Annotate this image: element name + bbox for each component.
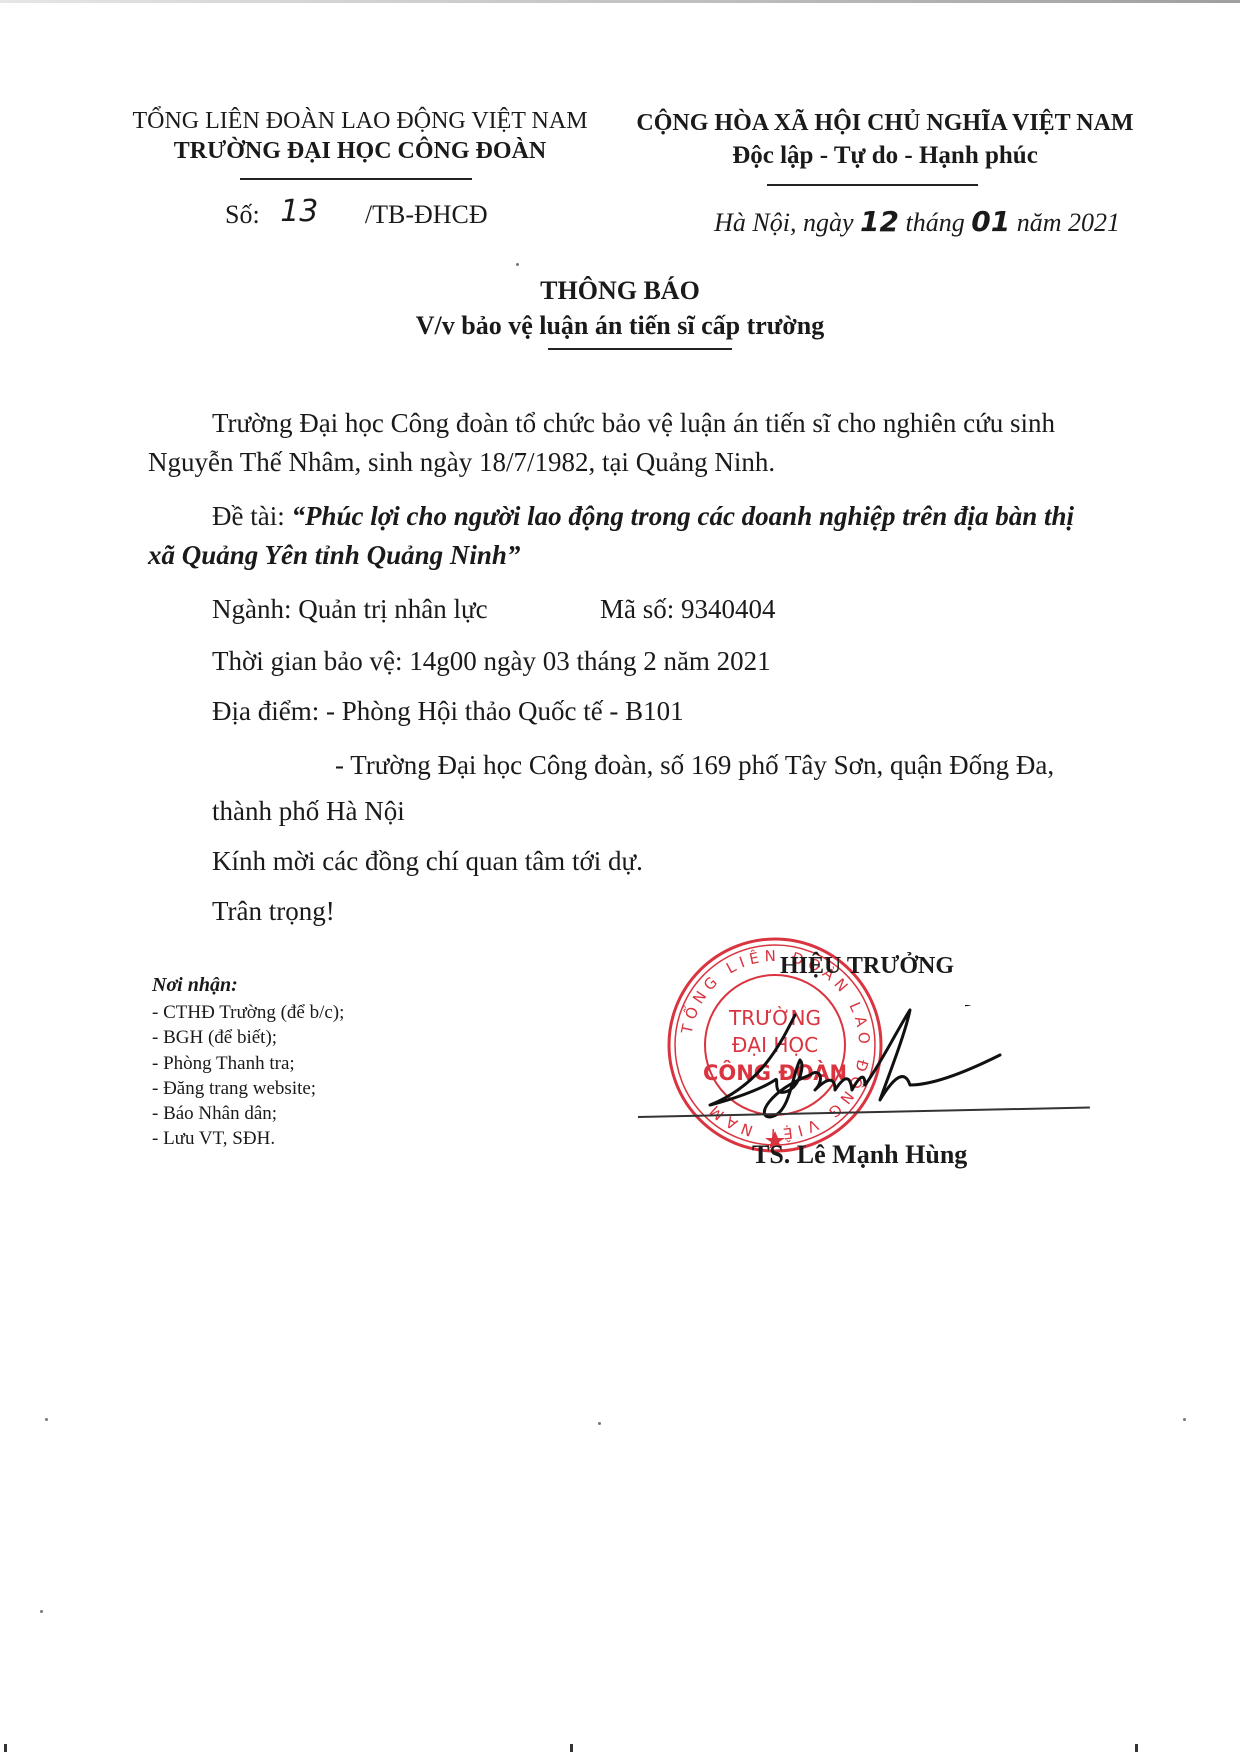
- national-motto: Độc lập - Tự do - Hạnh phúc: [620, 142, 1150, 170]
- closing-text: Trân trọng!: [212, 898, 335, 925]
- doc-number-handwritten: 13: [280, 194, 318, 229]
- date-month-handwritten: 01: [971, 205, 1010, 238]
- org-underline: [240, 178, 472, 180]
- issue-date: Hà Nội, ngày 12 tháng 01 năm 2021: [640, 205, 1120, 238]
- doc-number-label: Số:: [225, 200, 260, 229]
- recipients-list: - CTHĐ Trường (để b/c); - BGH (để biết);…: [152, 1000, 344, 1152]
- signer-name: TS. Lê Mạnh Hùng: [752, 1140, 967, 1170]
- recipient-item: - Báo Nhân dân;: [152, 1101, 344, 1126]
- doc-number-suffix: /TB-ĐHCĐ: [365, 200, 488, 229]
- date-year: năm 2021: [1017, 208, 1120, 237]
- motto-underline: [767, 184, 978, 186]
- topic-label: Đề tài:: [212, 501, 291, 531]
- recipients-title: Nơi nhận:: [152, 974, 238, 997]
- topic-line-1: Đề tài: “Phúc lợi cho người lao động tro…: [212, 503, 1074, 530]
- scan-speck: [1183, 1418, 1186, 1421]
- date-month-label: tháng: [906, 208, 965, 237]
- major-field: Ngành: Quản trị nhân lực: [212, 596, 488, 623]
- scan-mark: [1135, 1744, 1138, 1752]
- defense-time: Thời gian bảo vệ: 14g00 ngày 03 tháng 2 …: [212, 648, 771, 675]
- national-title: CỘNG HÒA XÃ HỘI CHỦ NGHĨA VIỆT NAM: [620, 110, 1150, 137]
- handwritten-signature: [700, 1005, 1020, 1125]
- parent-organization: TỔNG LIÊN ĐOÀN LAO ĐỘNG VIỆT NAM: [120, 108, 600, 135]
- recipient-item: - Phòng Thanh tra;: [152, 1051, 344, 1076]
- subject-underline: [548, 348, 732, 350]
- date-day-handwritten: 12: [860, 205, 899, 238]
- recipient-item: - Đăng trang website;: [152, 1076, 344, 1101]
- invitation-text: Kính mời các đồng chí quan tâm tới dự.: [212, 848, 643, 875]
- signer-role: HIỆU TRƯỞNG: [780, 953, 954, 980]
- scan-mark: [570, 1744, 573, 1752]
- document-title: THÔNG BÁO: [0, 276, 1240, 306]
- topic-line-2: xã Quảng Yên tỉnh Quảng Ninh”: [148, 542, 520, 569]
- scan-mark: [4, 1744, 7, 1752]
- document-number: Số: 13 /TB-ĐHCĐ: [225, 196, 488, 231]
- scan-speck: [40, 1610, 43, 1613]
- intro-line-2: Nguyễn Thế Nhâm, sinh ngày 18/7/1982, tạ…: [148, 449, 775, 476]
- scan-top-edge: [0, 0, 1240, 3]
- scan-speck: [45, 1418, 48, 1421]
- location-line-1: Địa điểm: - Phòng Hội thảo Quốc tế - B10…: [212, 698, 684, 725]
- recipient-item: - CTHĐ Trường (để b/c);: [152, 1000, 344, 1025]
- scan-speck: [598, 1422, 601, 1425]
- organization-name: TRƯỜNG ĐẠI HỌC CÔNG ĐOÀN: [120, 138, 600, 165]
- scan-speck: [516, 263, 519, 266]
- location-line-2: - Trường Đại học Công đoàn, số 169 phố T…: [335, 752, 1054, 779]
- intro-line-1: Trường Đại học Công đoàn tổ chức bảo vệ …: [212, 410, 1055, 437]
- location-line-3: thành phố Hà Nội: [212, 798, 405, 825]
- major-code: Mã số: 9340404: [600, 596, 776, 623]
- topic-title-part-1: “Phúc lợi cho người lao động trong các d…: [291, 501, 1074, 531]
- recipient-item: - BGH (để biết);: [152, 1025, 344, 1050]
- date-prefix: Hà Nội, ngày: [714, 208, 853, 237]
- document-subject: V/v bảo vệ luận án tiến sĩ cấp trường: [0, 311, 1240, 341]
- recipient-item: - Lưu VT, SĐH.: [152, 1126, 344, 1151]
